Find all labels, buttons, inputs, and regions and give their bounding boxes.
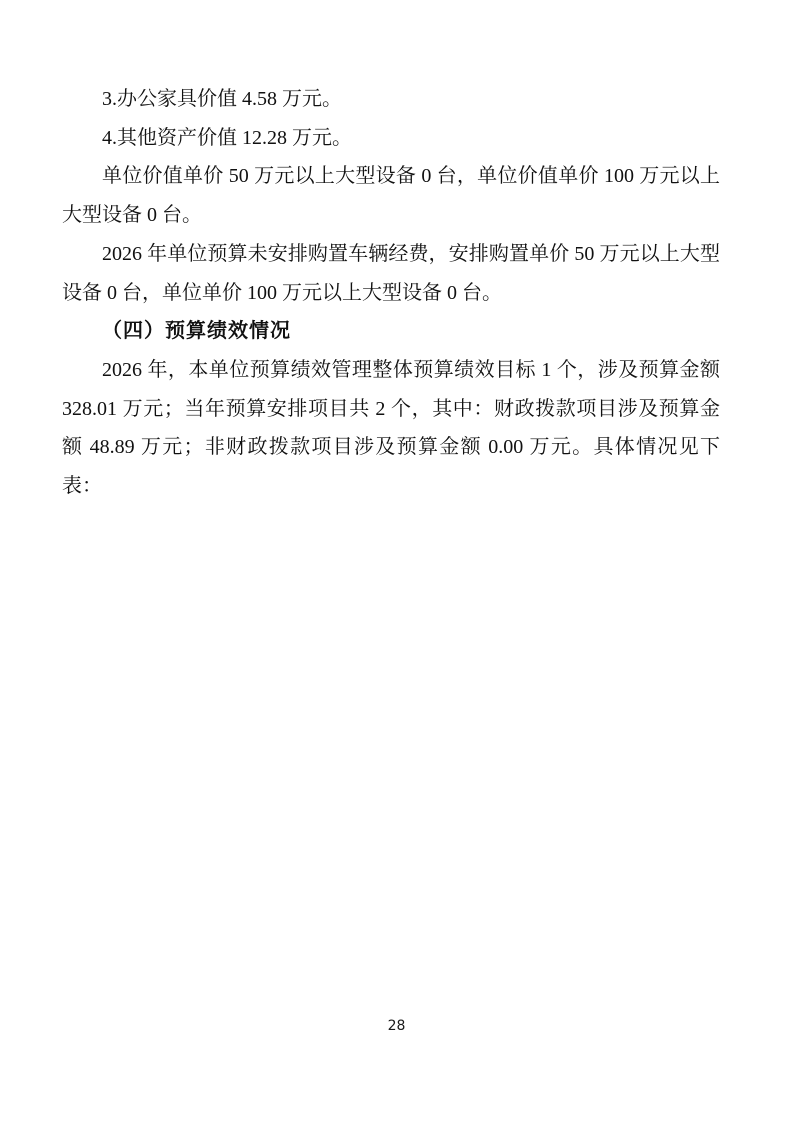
document-page: 3.办公家具价值 4.58 万元。 4.其他资产价值 12.28 万元。 单位价… [0, 0, 793, 1122]
paragraph-budget-performance-summary: 2026 年，本单位预算绩效管理整体预算绩效目标 1 个，涉及预算金额 328.… [62, 351, 720, 506]
paragraph-2026-vehicle-equipment-budget: 2026 年单位预算未安排购置车辆经费，安排购置单价 50 万元以上大型设备 0… [62, 235, 720, 312]
page-footer: 28 [0, 1018, 793, 1034]
paragraph-other-assets-value: 4.其他资产价值 12.28 万元。 [62, 119, 720, 158]
document-body: 3.办公家具价值 4.58 万元。 4.其他资产价值 12.28 万元。 单位价… [62, 80, 720, 506]
section-heading-budget-performance: （四）预算绩效情况 [62, 312, 720, 351]
paragraph-large-equipment-counts: 单位价值单价 50 万元以上大型设备 0 台，单位价值单价 100 万元以上大型… [62, 157, 720, 234]
paragraph-office-furniture-value: 3.办公家具价值 4.58 万元。 [62, 80, 720, 119]
page-number: 28 [388, 1018, 406, 1034]
